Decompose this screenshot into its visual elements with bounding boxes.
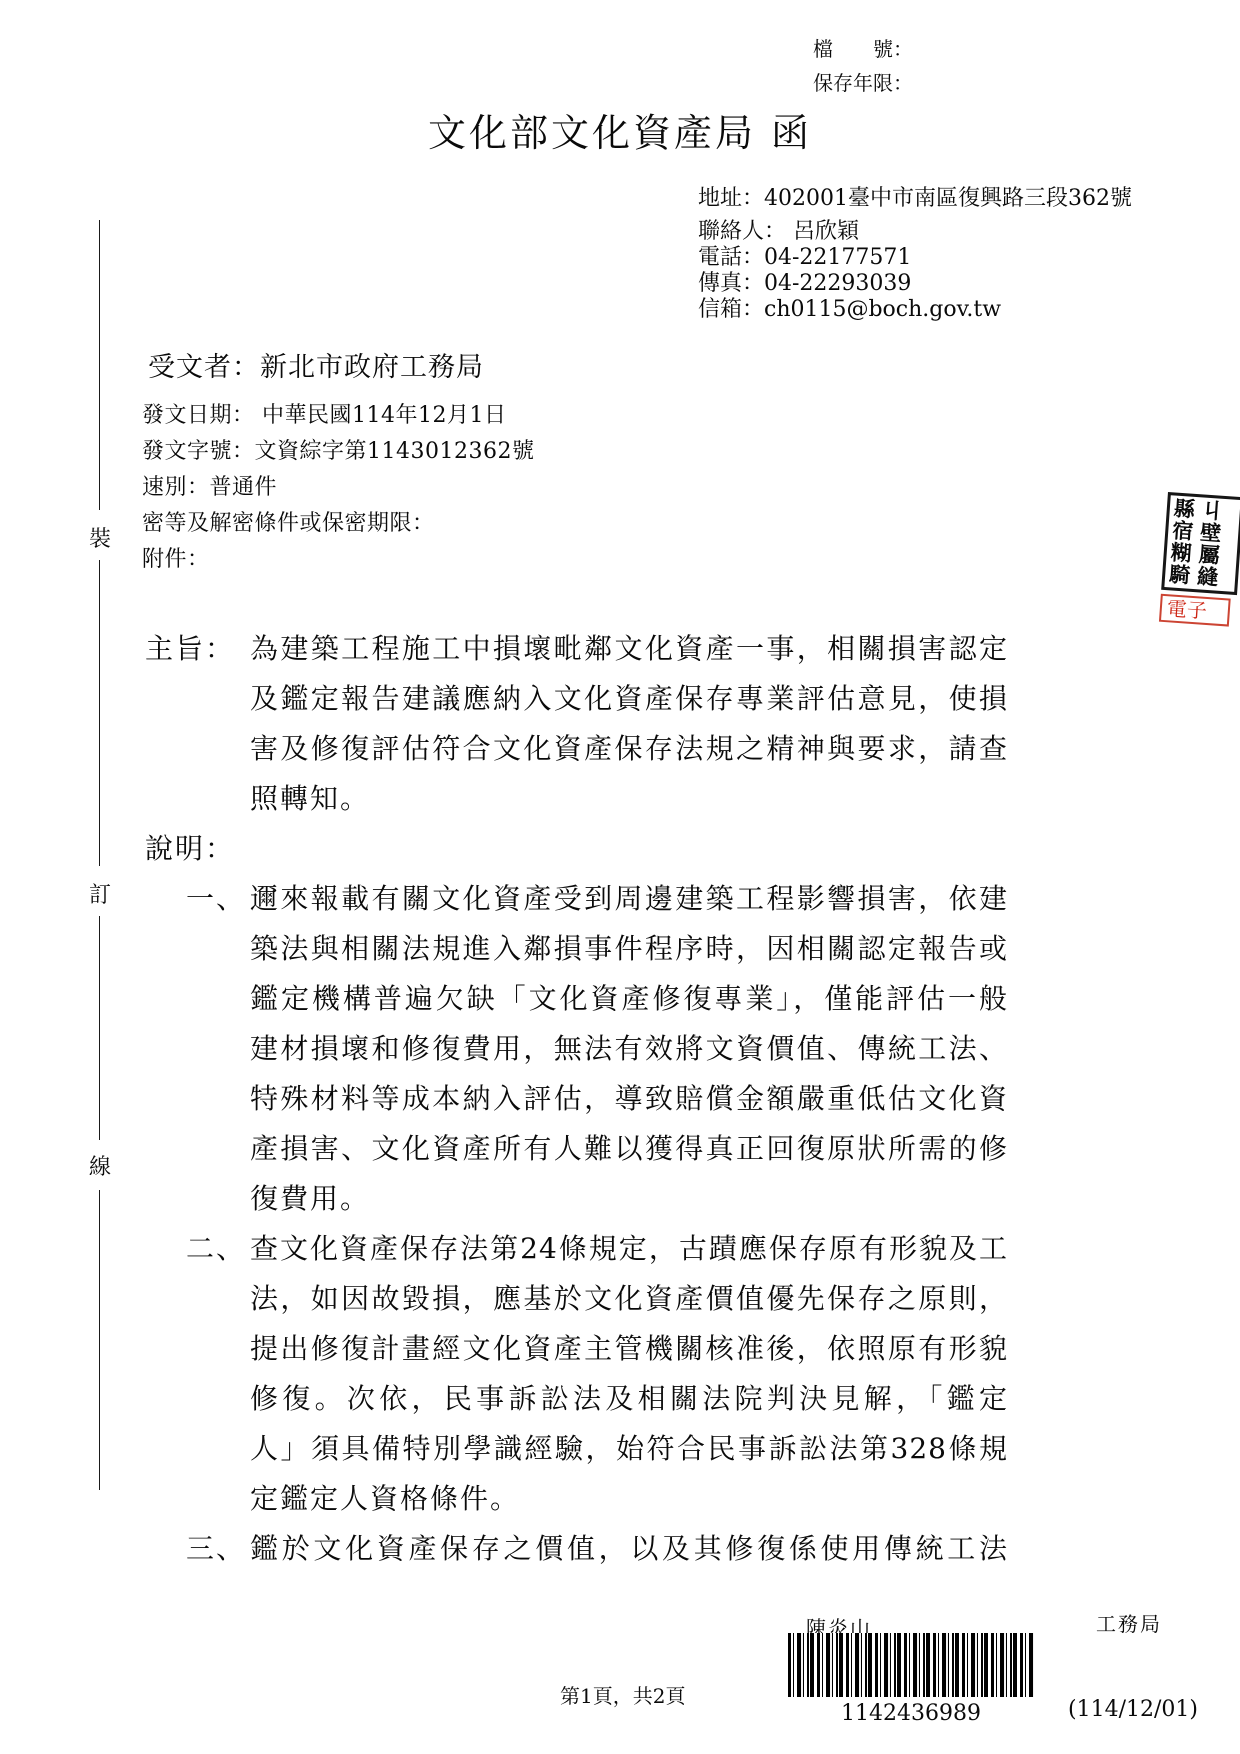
binding-line-segment [99, 560, 100, 866]
binding-line-segment [99, 220, 100, 510]
description-label: 說明： [145, 827, 235, 867]
item2-line: 查文化資產保存法第24條規定，古蹟應保存原有形貌及工 [250, 1227, 1008, 1267]
item2-line: 修復。次依，民事訴訟法及相關法院判決見解，「鑑定 [250, 1377, 1008, 1417]
electronic-seal-stamp: 縣丩 宿壁 糊屬 騎縫 電子 [1159, 492, 1240, 627]
document-title: 文化部文化資產局 函 [0, 102, 1240, 157]
binding-label-ding: 訂 [86, 878, 114, 909]
issue-date: 發文日期： 中華民國114年12月1日 [142, 398, 534, 434]
item2-line: 提出修復計畫經文化資產主管機關核准後，依照原有形貌 [250, 1327, 1008, 1367]
official-letter-page: 檔 號： 保存年限： 文化部文化資產局 函 地址：402001臺中市南區復興路三… [0, 0, 1240, 1754]
item2-number: 二、 [186, 1227, 246, 1267]
barcode-number: 1142436989 [788, 1701, 1034, 1726]
attachment-label: 附件： [142, 542, 534, 578]
item1-line: 鑑定機構普遍欠缺「文化資產修復專業」，僅能評估一般 [250, 977, 1008, 1017]
file-number-label: 檔 號： [813, 32, 913, 66]
subject-line: 為建築工程施工中損壞毗鄰文化資產一事，相關損害認定 [250, 627, 1008, 667]
sender-address: 地址：402001臺中市南區復興路三段362號 [698, 186, 1132, 212]
item1-line: 築法與相關法規進入鄰損事件程序時，因相關認定報告或 [250, 927, 1008, 967]
agency-name: 工務局 [1096, 1608, 1162, 1637]
file-meta-block: 檔 號： 保存年限： [813, 32, 913, 100]
page-indicator: 第1頁，共2頁 [560, 1680, 685, 1709]
binding-line-segment [99, 916, 100, 1140]
speed-class: 速別：普通件 [142, 470, 534, 506]
subject-line: 照轉知。 [250, 777, 1008, 817]
sender-phone: 電話：04-22177571 [698, 245, 1132, 271]
item1-line: 特殊材料等成本納入評估，導致賠償金額嚴重低估文化資 [250, 1077, 1008, 1117]
item1-line: 邇來報載有關文化資產受到周邊建築工程影響損害，依建 [250, 877, 1008, 917]
item3-line: 鑑於文化資產保存之價值，以及其修復係使用傳統工法 [250, 1527, 1008, 1567]
seal-stamp-icon: 縣丩 宿壁 糊屬 騎縫 [1161, 492, 1240, 595]
item1-line: 復費用。 [250, 1177, 1008, 1217]
retention-period-label: 保存年限： [813, 66, 913, 100]
electronic-stamp-label: 電子 [1159, 594, 1231, 627]
sender-email: 信箱：ch0115@boch.gov.tw [698, 297, 1132, 323]
item1-number: 一、 [186, 877, 246, 917]
sender-info-block: 地址：402001臺中市南區復興路三段362號 聯絡人： 呂欣穎 電話：04-2… [698, 186, 1132, 323]
subject-line: 害及修復評估符合文化資產保存法規之精神與要求，請查 [250, 727, 1008, 767]
doc-number: 發文字號：文資綜字第1143012362號 [142, 434, 534, 470]
subject-line: 及鑑定報告建議應納入文化資產保存專業評估意見，使損 [250, 677, 1008, 717]
item2-line: 法，如因故毀損，應基於文化資產價值優先保存之原則， [250, 1277, 1008, 1317]
binding-line-segment [99, 1190, 100, 1490]
recipient-line: 受文者：新北市政府工務局 [148, 345, 484, 384]
subject-label: 主旨： [145, 627, 235, 667]
security-class: 密等及解密條件或保密期限： [142, 506, 534, 542]
doc-meta-block: 發文日期： 中華民國114年12月1日 發文字號：文資綜字第1143012362… [142, 398, 534, 578]
item1-line: 產損害、文化資產所有人難以獲得真正回復原狀所需的修 [250, 1127, 1008, 1167]
item2-line: 定鑑定人資格條件。 [250, 1477, 1008, 1517]
date-code: (114/12/01) [1068, 1697, 1198, 1722]
sender-contact: 聯絡人： 呂欣穎 [698, 219, 1132, 245]
binding-label-zhuang: 裝 [86, 522, 114, 553]
item3-number: 三、 [186, 1527, 246, 1567]
item2-line: 人」須具備特別學識經驗，始符合民事訴訟法第328條規 [250, 1427, 1008, 1467]
barcode-icon [788, 1633, 1034, 1697]
binding-label-xian: 線 [86, 1150, 114, 1181]
item1-line: 建材損壞和修復費用，無法有效將文資價值、傳統工法、 [250, 1027, 1008, 1067]
sender-fax: 傳真：04-22293039 [698, 271, 1132, 297]
